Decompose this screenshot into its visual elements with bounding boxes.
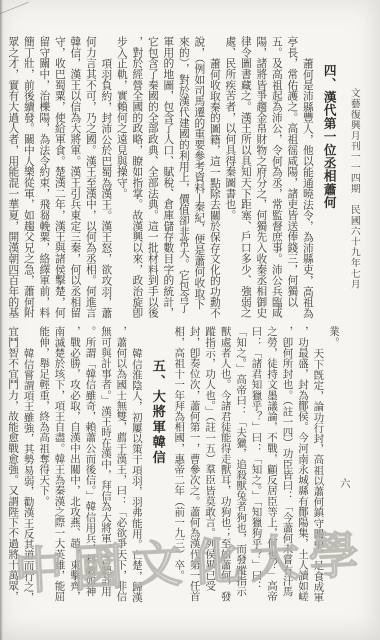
text-column: 五。及高祖起為沛公，令何為丞，常監督庶事。沛公兵臨咸: [270, 36, 283, 318]
section-5-text-block: 業。天下旣定，論功行封，高祖以蕭何鎮守關中，足食成軍，功最盛，封為酇侯。今河南永…: [6, 326, 340, 602]
text-column: 來的），對於漢代建國的利用上，價值卻非常大。它包含了: [177, 36, 190, 318]
text-column: 曰：「諸君知獵乎？」曰：「知之。」「知獵狗乎？」曰：: [249, 326, 262, 602]
text-column: 南滅楚於垓下，項王自盡。韓王為秦漢之際一大英雄，能屈: [52, 326, 65, 602]
text-column: 業。: [327, 326, 340, 602]
text-column: 封，卽奏位次，蕭何第一，曹參次之。蕭何為漢代第一任首: [188, 326, 201, 602]
text-column: 項羽負約，封沛公於巴蜀為漢王。漢王怒，欲攻羽，蕭: [99, 36, 112, 340]
scanned-journal-page: 文藝復興月刊一一四期 民國六十九年七月 四、漢代第一位丞相蕭何蕭何是沛縣豐人，他…: [0, 0, 380, 640]
text-column: 宜鬥智不宜鬥力，故能愈戰愈強。又謂陛下不過將十萬眾，: [6, 326, 19, 602]
text-column: 留守關中，治櫟陽，為法令約束，飛芻輓粟，絡繹軍前，料: [37, 36, 50, 318]
text-column: 韓信，漢王以信為大將軍。漢王引兵東定三秦，何以丞相留: [68, 36, 81, 318]
scan-crease-artifact: [0, 2, 29, 16]
text-column: 簡丁壯，前後續發。關中人樂從軍，如趨父兄之急，蕭何附: [22, 36, 35, 318]
text-column: 天下旣定，論功行封，高祖以蕭何鎮守關中，足食成軍: [311, 326, 324, 624]
text-column: 相，高祖十一年拜為相國，惠帝二年（前一九三）卒。: [172, 326, 185, 602]
text-column: 蕭何是沛縣豐人，他以能通曉法令，為沛縣吏，高祖為: [301, 36, 314, 340]
text-column: ，對於經營全國的政略，瞭如指掌。故漢興以來，政治旋卽: [130, 36, 143, 318]
text-column: 守，收巴蜀粟，使給軍食。楚漢二年，漢王與諸侯擊楚，何: [53, 36, 66, 318]
text-column: 蹤指示，功人也。」（註一五）羣臣皆莫敢言。列侯畢已受: [203, 326, 216, 602]
text-column: ，戰必勝，攻必取，自漢中出關中，北攻燕、趙，東擊齊，: [68, 326, 81, 602]
text-column: 眾之才，實有大過人者，用能混一華夏，開漢朝四百年的基: [6, 36, 19, 318]
text-column: 軍用的地圖，包含了人口、賦稅、倉庫儲存數目字的統計，: [161, 36, 174, 318]
section-4-text-block: 四、漢代第一位丞相蕭何蕭何是沛縣豐人，他以能通曉法令，為沛縣吏，高祖為亭長，常佑…: [6, 36, 340, 318]
text-column: 獸處者人也。今諸君徒能得走獸耳，功狗也；至如蕭何，發: [218, 326, 231, 602]
journal-header-line: 文藝復興月刊一一四期 民國六十九年七月: [348, 88, 360, 288]
section-heading: 五、大將軍韓信: [149, 326, 166, 635]
text-column: 無可與計事者。」漢王時在漢中，拜信為大將軍，言聽計用: [99, 326, 112, 602]
text-column: 律令圖書藏之。漢王所以具知天下距塞、戶口多少、強弱之: [239, 36, 252, 318]
page-number: 六: [340, 476, 351, 491]
text-column: 「知之。」高帝曰：「夫獵，追殺獸兔者狗也，而發蹤指示: [234, 326, 247, 602]
text-column: ，卽何所封也。（註一四）功臣皆曰：「今蕭何未嘗有汗馬: [280, 326, 293, 602]
text-column: 何力言其不可，乃之國。漢王至漢中，以何為丞相。何進言: [84, 36, 97, 318]
text-column: 處、民所疾苦者，以何具得秦圖書也。: [223, 36, 236, 318]
text-column: 它包含了秦國的全部政典、全部法典。這一批材料到手以後: [146, 36, 159, 318]
text-column: 說，（例如司馬遷的重要參考資料─秦紀，便是蕭何收取下: [192, 36, 205, 318]
text-column: 亭長，常佑護之。高祖徭咸陽，諸吏皆送俸錢三，何獨以: [285, 36, 298, 318]
text-column: 蕭何收取秦的圖籍，這一點除去關於保存文化的功勳不: [208, 36, 221, 340]
section-heading: 四、漢代第一位丞相蕭何: [320, 36, 336, 346]
text-column: ，蕭何以為國士無雙，薦于漢王，曰：「必欲爭天下，非信: [114, 326, 127, 602]
text-column: 韓信淮陰人，初屢以策干項羽，羽弗能用。亡楚，歸漢: [130, 326, 143, 624]
text-column: 韓信嘗謂項王雖強，其勢易弱，勸漢王反其道而行之，: [21, 326, 34, 624]
text-column: 。所謂「韓信雖奇，賴蕭公而後信。」韓信用兵，料敵如神: [83, 326, 96, 602]
text-column: ，功最盛，封為酇侯。今河南永城縣有酇陽集，土人讀如嵯: [296, 326, 309, 602]
text-column: 之勞，徒持文墨議論，不戰，顧反居臣等上，何也？」高帝: [265, 326, 278, 602]
text-column: 能伸，舉足輕重，終為高祖奪得天下。: [37, 326, 50, 602]
text-column: 陽，諸將皆爭趨金帛財物之府分之，何獨先入收秦丞相御史: [254, 36, 267, 318]
text-column: 步入正軌，實賴何之遠見與操守。: [115, 36, 128, 318]
